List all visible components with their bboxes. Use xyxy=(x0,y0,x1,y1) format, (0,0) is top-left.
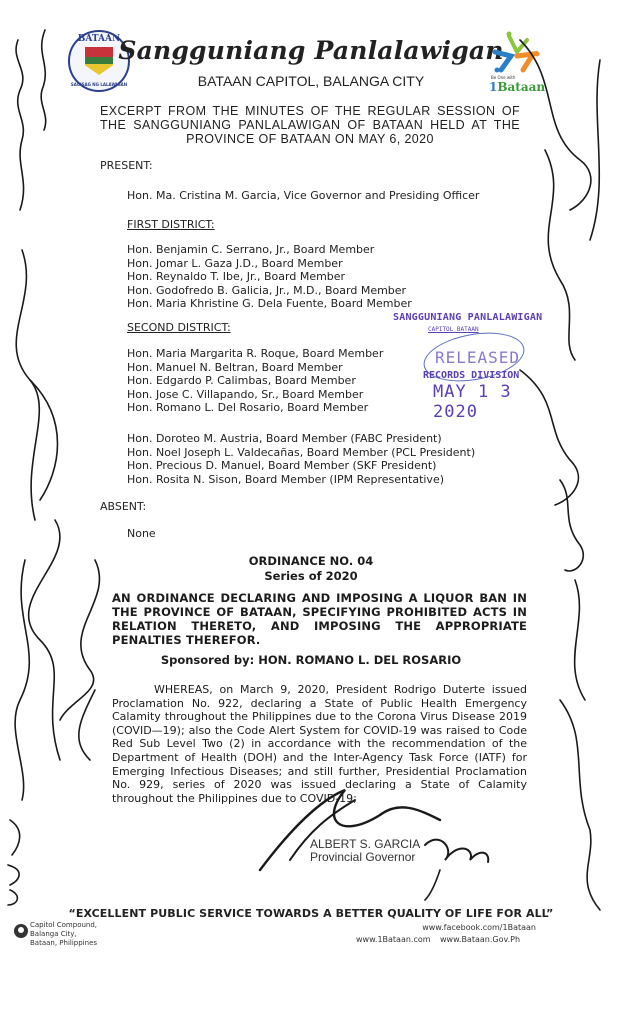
member-item: Hon. Reynaldo T. Ibe, Jr., Board Member xyxy=(127,270,412,284)
one-bataan-logo: Be One with 1Bataan xyxy=(487,30,549,100)
ex-officio-list: Hon. Doroteo M. Austria, Board Member (F… xyxy=(127,432,475,486)
member-item: Hon. Jose C. Villapando, Sr., Board Memb… xyxy=(127,388,383,402)
star-figures-icon xyxy=(487,30,549,78)
logo-brand-name: Bataan xyxy=(497,80,545,94)
member-item: Hon. Maria Khristine G. Dela Fuente, Boa… xyxy=(127,297,412,311)
member-item: Hon. Benjamin C. Serrano, Jr., Board Mem… xyxy=(127,243,412,257)
absent-label: ABSENT: xyxy=(100,500,146,513)
second-district-list: Hon. Maria Margarita R. Roque, Board Mem… xyxy=(127,347,383,415)
member-item: Hon. Doroteo M. Austria, Board Member (F… xyxy=(127,432,475,446)
member-item: Hon. Romano L. Del Rosario, Board Member xyxy=(127,401,383,415)
ordinance-series: Series of 2020 xyxy=(0,569,622,583)
member-item: Hon. Maria Margarita R. Roque, Board Mem… xyxy=(127,347,383,361)
first-district-label: FIRST DISTRICT: xyxy=(127,218,215,231)
facebook-link[interactable]: www.facebook.com/1Bataan xyxy=(422,923,536,932)
member-item: Hon. Rosita N. Sison, Board Member (IPM … xyxy=(127,473,475,487)
ordinance-number: ORDINANCE NO. 04 xyxy=(0,554,622,568)
stamp-date: MAY 1 3 2020 xyxy=(433,382,563,422)
whereas-text: WHEREAS, on March 9, 2020, President Rod… xyxy=(112,683,527,805)
whereas-clause: WHEREAS, on March 9, 2020, President Rod… xyxy=(112,683,527,805)
stamp-location: CAPITOL BATAAN xyxy=(428,326,479,333)
address-line: Bataan, Philippines xyxy=(30,939,97,948)
footer-address: Capitol Compound, Balanga City, Bataan, … xyxy=(30,921,97,948)
ordinance-title: AN ORDINANCE DECLARING AND IMPOSING A LI… xyxy=(112,591,527,647)
location-pin-icon xyxy=(14,924,28,938)
footer-motto: “EXCELLENT PUBLIC SERVICE TOWARDS A BETT… xyxy=(0,907,622,920)
governor-title: Provincial Governor xyxy=(310,851,420,864)
member-item: Hon. Edgardo P. Calimbas, Board Member xyxy=(127,374,383,388)
handwritten-signatures xyxy=(0,0,622,1024)
stamp-division: RECORDS DIVISION xyxy=(423,370,519,381)
minutes-excerpt-heading: EXCERPT FROM THE MINUTES OF THE REGULAR … xyxy=(100,104,520,146)
presiding-officer: Hon. Ma. Cristina M. Garcia, Vice Govern… xyxy=(127,189,479,203)
present-label: PRESENT: xyxy=(100,159,153,172)
member-item: Hon. Manuel N. Beltran, Board Member xyxy=(127,361,383,375)
website-link-bataan-gov[interactable]: www.Bataan.Gov.Ph xyxy=(440,935,520,944)
member-item: Hon. Godofredo B. Galicia, Jr., M.D., Bo… xyxy=(127,284,412,298)
stamp-status: RELEASED xyxy=(435,348,520,367)
member-item: Hon. Jomar L. Gaza J.D., Board Member xyxy=(127,257,412,271)
released-stamp: SANGGUNIANG PANLALAWIGAN CAPITOL BATAAN … xyxy=(393,312,563,407)
second-district-label: SECOND DISTRICT: xyxy=(127,321,231,334)
ordinance-sponsor: Sponsored by: HON. ROMANO L. DEL ROSARIO xyxy=(0,653,622,667)
member-item: Hon. Noel Joseph L. Valdecañas, Board Me… xyxy=(127,446,475,460)
first-district-list: Hon. Benjamin C. Serrano, Jr., Board Mem… xyxy=(127,243,412,311)
website-link-1bataan[interactable]: www.1Bataan.com xyxy=(356,935,431,944)
absent-value: None xyxy=(127,527,156,541)
address-line: Capitol Compound, xyxy=(30,921,97,930)
member-item: Hon. Precious D. Manuel, Board Member (S… xyxy=(127,459,475,473)
address-line: Balanga City, xyxy=(30,930,97,939)
logo-brand: 1Bataan xyxy=(489,80,545,94)
stamp-office: SANGGUNIANG PANLALAWIGAN xyxy=(393,312,542,323)
governor-signature-block: ALBERT S. GARCIA Provincial Governor xyxy=(310,838,420,864)
